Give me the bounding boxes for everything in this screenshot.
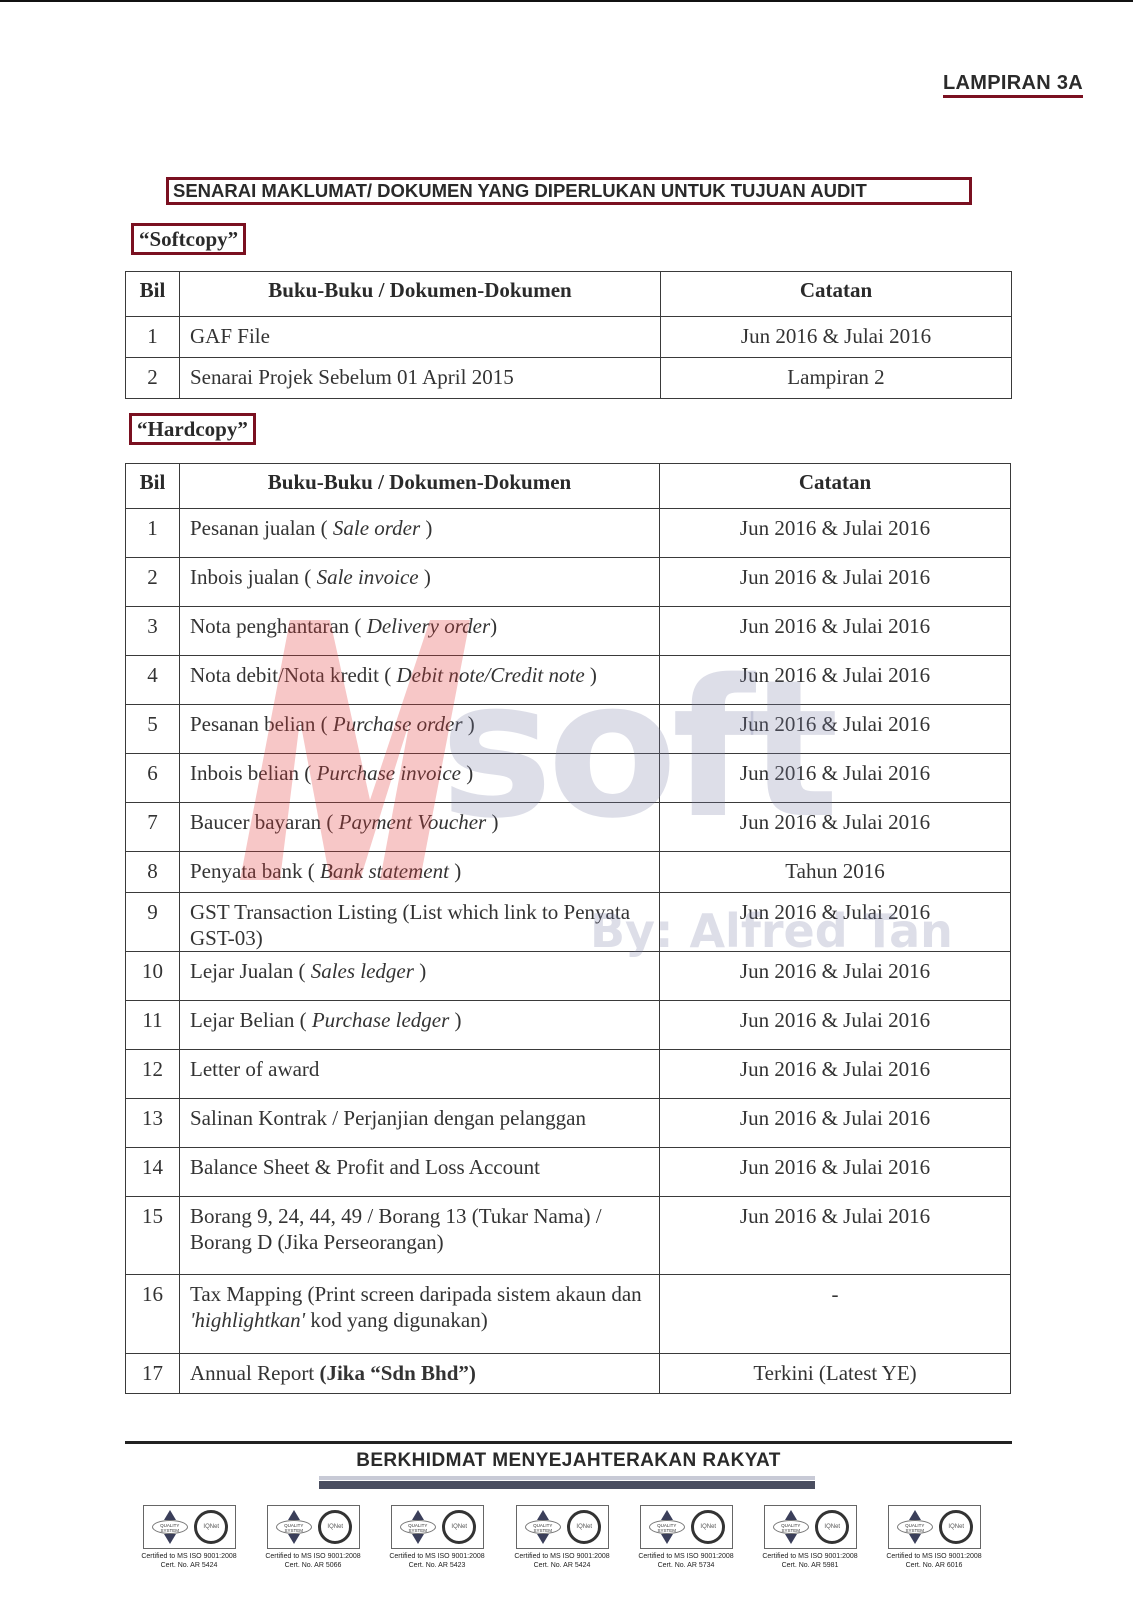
quality-system-label: QUALITY SYSTEM — [649, 1520, 685, 1534]
document-text: Inbois jualan ( — [190, 565, 317, 589]
iqnet-seal-icon: IQNet — [318, 1510, 352, 1544]
document-english-term: Bank statement — [320, 859, 449, 883]
table-row: 6Inbois belian ( Purchase invoice )Jun 2… — [126, 754, 1011, 803]
column-header-documents: Buku-Buku / Dokumen-Dokumen — [180, 272, 661, 317]
row-number: 6 — [126, 754, 180, 803]
document-name: Baucer bayaran ( Payment Voucher ) — [180, 803, 660, 852]
document-name: Inbois jualan ( Sale invoice ) — [180, 558, 660, 607]
certification-logo-box: QUALITY SYSTEMIQNet — [267, 1505, 360, 1549]
column-header-bil: Bil — [126, 464, 180, 509]
row-number: 13 — [126, 1099, 180, 1148]
document-text: Senarai Projek Sebelum 01 April 2015 — [190, 365, 514, 389]
softcopy-table: Bil Buku-Buku / Dokumen-Dokumen Catatan … — [125, 271, 1012, 399]
certification-standard: Certified to MS ISO 9001:2008 — [507, 1552, 617, 1561]
period-note: Jun 2016 & Julai 2016 — [660, 1050, 1011, 1099]
row-number: 15 — [126, 1197, 180, 1275]
document-name: Inbois belian ( Purchase invoice ) — [180, 754, 660, 803]
table-row: 2Inbois jualan ( Sale invoice )Jun 2016 … — [126, 558, 1011, 607]
period-note: Jun 2016 & Julai 2016 — [660, 893, 1011, 952]
table-row: 13Salinan Kontrak / Perjanjian dengan pe… — [126, 1099, 1011, 1148]
column-header-notes: Catatan — [661, 272, 1012, 317]
table-row: 12Letter of awardJun 2016 & Julai 2016 — [126, 1050, 1011, 1099]
document-english-term: Payment Voucher — [339, 810, 487, 834]
document-text: Lejar Belian ( — [190, 1008, 312, 1032]
document-name: Tax Mapping (Print screen daripada siste… — [180, 1275, 660, 1354]
quality-system-label: QUALITY SYSTEM — [897, 1520, 933, 1534]
iqnet-seal-icon: IQNet — [194, 1510, 228, 1544]
document-text: Penyata bank ( — [190, 859, 320, 883]
row-number: 16 — [126, 1275, 180, 1354]
row-number: 8 — [126, 852, 180, 893]
certification-logo-box: QUALITY SYSTEMIQNet — [143, 1505, 236, 1549]
quality-system-icon: QUALITY SYSTEM — [523, 1509, 563, 1545]
motto-underline-light — [319, 1476, 815, 1480]
period-note: Jun 2016 & Julai 2016 — [660, 1099, 1011, 1148]
table-row: 9GST Transaction Listing (List which lin… — [126, 893, 1011, 952]
document-name: Senarai Projek Sebelum 01 April 2015 — [180, 358, 661, 399]
document-text: Baucer bayaran ( — [190, 810, 339, 834]
table-row: 8Penyata bank ( Bank statement )Tahun 20… — [126, 852, 1011, 893]
document-english-term: Purchase order — [333, 712, 463, 736]
iqnet-seal-icon: IQNet — [815, 1510, 849, 1544]
certificate-number: Cert. No. AR 5734 — [631, 1561, 741, 1570]
document-text: Nota penghantaran ( — [190, 614, 367, 638]
certification-logo-box: QUALITY SYSTEMIQNet — [516, 1505, 609, 1549]
top-border-line — [0, 0, 1133, 2]
period-note: Jun 2016 & Julai 2016 — [660, 1001, 1011, 1050]
certification-logo-box: QUALITY SYSTEMIQNet — [888, 1505, 981, 1549]
document-text: Letter of award — [190, 1057, 319, 1081]
document-english-term: Debit note/Credit note — [396, 663, 584, 687]
document-text-suffix: ) — [585, 663, 597, 687]
document-text-suffix: ) — [420, 516, 432, 540]
row-number: 12 — [126, 1050, 180, 1099]
document-name: Balance Sheet & Profit and Loss Account — [180, 1148, 660, 1197]
iqnet-seal-icon: IQNet — [442, 1510, 476, 1544]
certification-logo-box: QUALITY SYSTEMIQNet — [640, 1505, 733, 1549]
certification-standard: Certified to MS ISO 9001:2008 — [134, 1552, 244, 1561]
document-text: Salinan Kontrak / Perjanjian dengan pela… — [190, 1106, 586, 1130]
certification-badge: QUALITY SYSTEMIQNetCertified to MS ISO 9… — [134, 1505, 244, 1570]
row-number: 2 — [126, 558, 180, 607]
iqnet-seal-icon: IQNet — [691, 1510, 725, 1544]
certification-badge: QUALITY SYSTEMIQNetCertified to MS ISO 9… — [879, 1505, 989, 1570]
row-number: 10 — [126, 952, 180, 1001]
row-number: 1 — [126, 317, 180, 358]
certification-badge: QUALITY SYSTEMIQNetCertified to MS ISO 9… — [258, 1505, 368, 1570]
certification-badge: QUALITY SYSTEMIQNetCertified to MS ISO 9… — [507, 1505, 617, 1570]
quality-system-label: QUALITY SYSTEM — [773, 1520, 809, 1534]
document-name: Borang 9, 24, 44, 49 / Borang 13 (Tukar … — [180, 1197, 660, 1275]
certification-standard: Certified to MS ISO 9001:2008 — [631, 1552, 741, 1561]
table-row: 1Pesanan jualan ( Sale order )Jun 2016 &… — [126, 509, 1011, 558]
certification-strip: QUALITY SYSTEMIQNetCertified to MS ISO 9… — [134, 1505, 1004, 1585]
quality-system-icon: QUALITY SYSTEM — [647, 1509, 687, 1545]
period-note: Jun 2016 & Julai 2016 — [660, 558, 1011, 607]
table-row: 11Lejar Belian ( Purchase ledger )Jun 20… — [126, 1001, 1011, 1050]
document-english-term: Sale invoice — [317, 565, 419, 589]
certificate-number: Cert. No. AR 5981 — [755, 1561, 865, 1570]
certification-standard: Certified to MS ISO 9001:2008 — [755, 1552, 865, 1561]
period-note: Jun 2016 & Julai 2016 — [661, 317, 1012, 358]
document-name: Pesanan jualan ( Sale order ) — [180, 509, 660, 558]
document-text: Nota debit/Nota kredit ( — [190, 663, 396, 687]
certification-logo-box: QUALITY SYSTEMIQNet — [764, 1505, 857, 1549]
document-name: Nota penghantaran ( Delivery order) — [180, 607, 660, 656]
document-text: GST Transaction Listing (List which link… — [190, 900, 630, 950]
document-english-term: Purchase invoice — [317, 761, 461, 785]
document-name: GAF File — [180, 317, 661, 358]
certification-badge: QUALITY SYSTEMIQNetCertified to MS ISO 9… — [631, 1505, 741, 1570]
column-header-notes: Catatan — [660, 464, 1011, 509]
period-note: Jun 2016 & Julai 2016 — [660, 705, 1011, 754]
document-text: Lejar Jualan ( — [190, 959, 311, 983]
row-number: 4 — [126, 656, 180, 705]
certification-standard: Certified to MS ISO 9001:2008 — [879, 1552, 989, 1561]
quality-system-icon: QUALITY SYSTEM — [150, 1509, 190, 1545]
period-note: Jun 2016 & Julai 2016 — [660, 952, 1011, 1001]
document-condition: (Jika “Sdn Bhd”) — [319, 1361, 475, 1385]
period-note: Jun 2016 & Julai 2016 — [660, 803, 1011, 852]
document-text: Borang 9, 24, 44, 49 / Borang 13 (Tukar … — [190, 1204, 602, 1254]
document-name: Lejar Belian ( Purchase ledger ) — [180, 1001, 660, 1050]
document-text-suffix: ) — [463, 712, 475, 736]
table-row: 16Tax Mapping (Print screen daripada sis… — [126, 1275, 1011, 1354]
document-text: GAF File — [190, 324, 270, 348]
document-name: Pesanan belian ( Purchase order ) — [180, 705, 660, 754]
period-note: Jun 2016 & Julai 2016 — [660, 1197, 1011, 1275]
row-number: 9 — [126, 893, 180, 952]
certification-badge: QUALITY SYSTEMIQNetCertified to MS ISO 9… — [382, 1505, 492, 1570]
document-text-suffix: ) — [461, 761, 473, 785]
row-number: 1 — [126, 509, 180, 558]
quality-system-label: QUALITY SYSTEM — [152, 1520, 188, 1534]
table-header-row: Bil Buku-Buku / Dokumen-Dokumen Catatan — [126, 464, 1011, 509]
row-number: 2 — [126, 358, 180, 399]
quality-system-label: QUALITY SYSTEM — [400, 1520, 436, 1534]
document-text-suffix: ) — [486, 810, 498, 834]
table-row: 7Baucer bayaran ( Payment Voucher )Jun 2… — [126, 803, 1011, 852]
document-name: Annual Report (Jika “Sdn Bhd”) — [180, 1354, 660, 1394]
row-number: 5 — [126, 705, 180, 754]
quality-system-icon: QUALITY SYSTEM — [398, 1509, 438, 1545]
table-row: 15Borang 9, 24, 44, 49 / Borang 13 (Tuka… — [126, 1197, 1011, 1275]
document-name: Penyata bank ( Bank statement ) — [180, 852, 660, 893]
row-number: 17 — [126, 1354, 180, 1394]
document-text: Annual Report — [190, 1361, 319, 1385]
document-name: Salinan Kontrak / Perjanjian dengan pela… — [180, 1099, 660, 1148]
table-row: 14Balance Sheet & Profit and Loss Accoun… — [126, 1148, 1011, 1197]
certification-badge: QUALITY SYSTEMIQNetCertified to MS ISO 9… — [755, 1505, 865, 1570]
document-text-suffix: ) — [414, 959, 426, 983]
document-name: Nota debit/Nota kredit ( Debit note/Cred… — [180, 656, 660, 705]
table-row: 5Pesanan belian ( Purchase order )Jun 20… — [126, 705, 1011, 754]
appendix-label: LAMPIRAN 3A — [943, 72, 1083, 98]
hardcopy-table: Bil Buku-Buku / Dokumen-Dokumen Catatan … — [125, 463, 1011, 1394]
row-number: 3 — [126, 607, 180, 656]
period-note: - — [660, 1275, 1011, 1354]
row-number: 11 — [126, 1001, 180, 1050]
period-note: Jun 2016 & Julai 2016 — [660, 656, 1011, 705]
document-text-suffix: ) — [449, 859, 461, 883]
table-row: 1GAF FileJun 2016 & Julai 2016 — [126, 317, 1012, 358]
row-number: 14 — [126, 1148, 180, 1197]
certificate-number: Cert. No. AR 5424 — [507, 1561, 617, 1570]
document-text: Pesanan belian ( — [190, 712, 333, 736]
iqnet-seal-icon: IQNet — [939, 1510, 973, 1544]
document-text: Inbois belian ( — [190, 761, 317, 785]
table-row: 2Senarai Projek Sebelum 01 April 2015Lam… — [126, 358, 1012, 399]
period-note: Lampiran 2 — [661, 358, 1012, 399]
quality-system-icon: QUALITY SYSTEM — [274, 1509, 314, 1545]
certificate-number: Cert. No. AR 5066 — [258, 1561, 368, 1570]
certificate-number: Cert. No. AR 5423 — [382, 1561, 492, 1570]
document-name: GST Transaction Listing (List which link… — [180, 893, 660, 952]
period-note: Jun 2016 & Julai 2016 — [660, 1148, 1011, 1197]
document-text: Pesanan jualan ( — [190, 516, 333, 540]
row-number: 7 — [126, 803, 180, 852]
page-title: SENARAI MAKLUMAT/ DOKUMEN YANG DIPERLUKA… — [166, 177, 972, 205]
column-header-bil: Bil — [126, 272, 180, 317]
document-text-suffix: ) — [449, 1008, 461, 1032]
period-note: Tahun 2016 — [660, 852, 1011, 893]
footer-motto: BERKHIDMAT MENYEJAHTERAKAN RAKYAT — [125, 1450, 1012, 1472]
document-english-term: Sales ledger — [311, 959, 414, 983]
period-note: Jun 2016 & Julai 2016 — [660, 509, 1011, 558]
quality-system-label: QUALITY SYSTEM — [525, 1520, 561, 1534]
hardcopy-section-label: “Hardcopy” — [129, 413, 256, 445]
table-header-row: Bil Buku-Buku / Dokumen-Dokumen Catatan — [126, 272, 1012, 317]
column-header-documents: Buku-Buku / Dokumen-Dokumen — [180, 464, 660, 509]
certificate-number: Cert. No. AR 6016 — [879, 1561, 989, 1570]
document-name: Lejar Jualan ( Sales ledger ) — [180, 952, 660, 1001]
motto-underline — [319, 1481, 815, 1489]
table-row: 10Lejar Jualan ( Sales ledger )Jun 2016 … — [126, 952, 1011, 1001]
quality-system-icon: QUALITY SYSTEM — [895, 1509, 935, 1545]
period-note: Terkini (Latest YE) — [660, 1354, 1011, 1394]
quality-system-label: QUALITY SYSTEM — [276, 1520, 312, 1534]
document-text-suffix: ) — [490, 614, 497, 638]
document-english-term: Purchase ledger — [312, 1008, 449, 1032]
document-text: Balance Sheet & Profit and Loss Account — [190, 1155, 540, 1179]
period-note: Jun 2016 & Julai 2016 — [660, 607, 1011, 656]
certification-logo-box: QUALITY SYSTEMIQNet — [391, 1505, 484, 1549]
table-row: 17Annual Report (Jika “Sdn Bhd”)Terkini … — [126, 1354, 1011, 1394]
certificate-number: Cert. No. AR 5424 — [134, 1561, 244, 1570]
document-english-term: Delivery order — [367, 614, 490, 638]
softcopy-section-label: “Softcopy” — [131, 223, 246, 255]
document-text-suffix: ) — [419, 565, 431, 589]
table-row: 4Nota debit/Nota kredit ( Debit note/Cre… — [126, 656, 1011, 705]
document-text: Tax Mapping (Print screen daripada siste… — [190, 1282, 642, 1306]
certification-standard: Certified to MS ISO 9001:2008 — [258, 1552, 368, 1561]
table-row: 3Nota penghantaran ( Delivery order)Jun … — [126, 607, 1011, 656]
certification-standard: Certified to MS ISO 9001:2008 — [382, 1552, 492, 1561]
document-name: Letter of award — [180, 1050, 660, 1099]
quality-system-icon: QUALITY SYSTEM — [771, 1509, 811, 1545]
iqnet-seal-icon: IQNet — [567, 1510, 601, 1544]
footer-divider — [125, 1441, 1012, 1444]
document-text-suffix: kod yang digunakan) — [305, 1308, 488, 1332]
document-english-term: Sale order — [333, 516, 420, 540]
period-note: Jun 2016 & Julai 2016 — [660, 754, 1011, 803]
document-english-term: 'highlightkan' — [190, 1308, 305, 1332]
